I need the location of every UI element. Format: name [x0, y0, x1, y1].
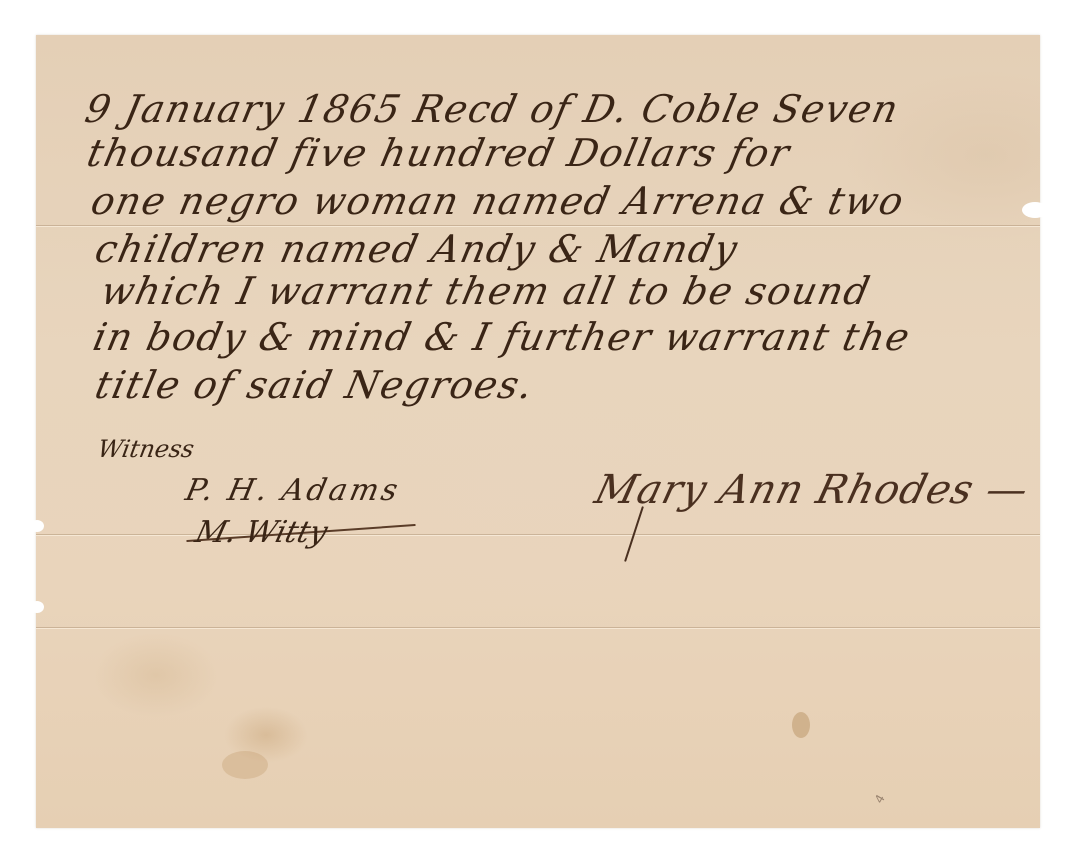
text-line: 9 January 1865 Recd of D. Coble Seven — [81, 87, 903, 131]
witness-signature-1: P. H. Adams — [182, 473, 403, 508]
text-line: children named Andy & Mandy — [91, 227, 742, 271]
fold-line — [36, 534, 1040, 535]
edge-tear — [30, 601, 44, 613]
water-stain — [222, 751, 268, 779]
seller-signature: Mary Ann Rhodes — — [590, 467, 1033, 513]
text-line: thousand five hundred Dollars for — [83, 131, 794, 175]
text-line: which I warrant them all to be sound — [97, 269, 875, 313]
text-line: title of said Negroes. — [91, 363, 538, 407]
witness-label: Witness — [96, 435, 197, 463]
ink-stain — [792, 712, 810, 738]
text-line: in body & mind & I further warrant the — [89, 315, 915, 359]
marginal-mark: 4 — [872, 792, 888, 806]
fold-line — [36, 627, 1040, 628]
text-line: one negro woman named Arrena & two — [87, 179, 908, 223]
edge-tear — [30, 520, 44, 532]
witness-signature-2: M. Witty — [192, 515, 331, 550]
edge-tear — [1022, 202, 1048, 218]
document-paper: 9 January 1865 Recd of D. Coble Seven th… — [36, 35, 1040, 828]
fold-line — [36, 225, 1040, 226]
